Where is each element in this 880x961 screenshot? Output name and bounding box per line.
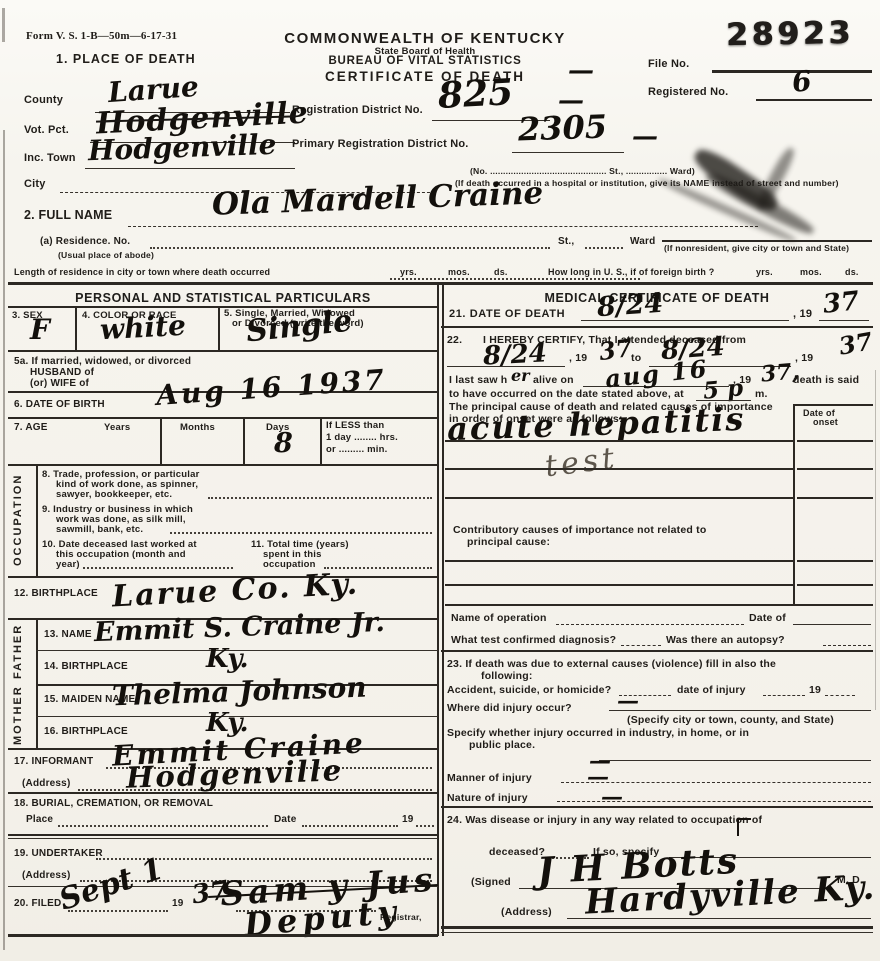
residence-ward-label: Ward <box>630 236 655 248</box>
last-saw-text-2: alive on <box>533 374 574 386</box>
name13-value: Emmit S. Craine Jr. <box>94 609 386 646</box>
primary-district-label: Primary Registration District No. <box>292 138 469 151</box>
burial-year-label: 19 <box>402 814 414 826</box>
inc-town-value: Hodgenville <box>88 131 277 166</box>
residence-ward-line <box>585 247 623 249</box>
rule-line <box>243 417 245 464</box>
age-label: 7. AGE <box>14 422 48 434</box>
informant-label: 17. INFORMANT <box>14 756 93 768</box>
sec8-dotted <box>208 497 432 499</box>
age-less-2: 1 day ........ hrs. <box>326 432 398 443</box>
burial-date-label: Date <box>274 814 296 826</box>
cause-line-3 <box>445 497 793 499</box>
right-column-bottom-rule-2 <box>441 932 873 933</box>
onset-box-top <box>793 404 873 406</box>
city-label: City <box>24 178 46 191</box>
registration-district-label: Registration District No. <box>292 104 423 117</box>
personal-section-header: PERSONAL AND STATISTICAL PARTICULARS <box>8 291 438 305</box>
occupation-side-label: OCCUPATION <box>12 468 24 572</box>
cause-line-2 <box>445 468 793 470</box>
sec23-text-2: following: <box>481 670 533 682</box>
onset-line-1 <box>797 440 873 442</box>
date-of-death-19: , 19 <box>793 308 812 321</box>
registered-no-line <box>756 99 872 101</box>
operation-date-label: Date of <box>749 612 786 624</box>
public-place-line <box>599 760 871 761</box>
stray-pen-mark <box>737 818 751 836</box>
columns-top-rule <box>8 282 873 285</box>
age-less-3: or ......... min. <box>326 444 387 455</box>
age-less-1: If LESS than <box>326 420 384 431</box>
occurred-text: to have occurred on the date stated abov… <box>449 388 684 400</box>
abode-note: (Usual place of abode) <box>58 250 154 260</box>
burial-place-dotted <box>58 825 268 827</box>
primary-district-line <box>512 152 624 153</box>
contributory-text-2: principal cause: <box>467 536 550 548</box>
undertaker-address-label: (Address) <box>22 870 70 882</box>
rule-line <box>441 806 873 808</box>
injury-date-label: date of injury <box>677 684 746 696</box>
scan-edge-left <box>3 130 5 950</box>
injury-19-line <box>825 695 855 696</box>
rule-line <box>441 326 873 328</box>
nonresident-rule <box>662 240 872 242</box>
birthplace14-value: Ky. <box>206 646 249 672</box>
autopsy-line <box>823 645 871 646</box>
certificate-number-stamp: 28923 <box>726 15 854 53</box>
where-injury-line <box>609 710 871 711</box>
us-mos: mos. <box>800 267 822 278</box>
last-saw-text-3: death is said <box>793 374 859 386</box>
physician-address-label: (Address) <box>501 906 552 918</box>
cause-scribble: test <box>543 444 619 483</box>
sec5a-wife: (or) WIFE of <box>30 378 89 390</box>
rule-line <box>320 417 322 464</box>
cause-of-death-value: acute hepatitis <box>447 403 746 445</box>
sec10-line3: year) <box>56 559 80 570</box>
race-value: white <box>99 312 186 344</box>
length-dotted-line <box>390 278 640 280</box>
birthplace12-label: 12. BIRTHPLACE <box>14 588 98 600</box>
age-months-header: Months <box>180 422 215 433</box>
sex-value: F <box>30 316 50 344</box>
onset-line-4 <box>797 560 873 562</box>
signed-label: (Signed <box>471 876 511 888</box>
date-of-death-value: 8/24 <box>596 290 664 322</box>
rule-line <box>218 306 220 350</box>
informant-address-value: Hodgenville <box>126 756 344 793</box>
length-ds: ds. <box>494 267 508 278</box>
us-ds: ds. <box>845 267 859 278</box>
left-column-bottom-rule <box>8 934 438 937</box>
rule-line <box>8 417 438 419</box>
contrib-line-1 <box>445 560 793 562</box>
certify-year-a: 37 <box>597 336 633 364</box>
dob-value: Aug 16 1937 <box>155 366 387 410</box>
accident-question: Accident, suicide, or homicide? <box>447 684 611 696</box>
sec9-dotted <box>170 532 432 534</box>
contrib-line-3 <box>445 604 873 606</box>
sec10-dotted <box>83 567 233 569</box>
rule-line <box>36 464 38 576</box>
date-of-death-label: 21. DATE OF DEATH <box>449 308 565 321</box>
age-days-value: 8 <box>274 430 293 457</box>
cause-line-1 <box>445 440 793 442</box>
autopsy-question: Was there an autopsy? <box>666 634 785 646</box>
city-note-1: (No. ...................................… <box>470 166 870 176</box>
where-injury-question: Where did injury occur? <box>447 702 572 714</box>
date-of-death-year-line <box>819 320 869 321</box>
length-residence-label: Length of residence in city or town wher… <box>14 267 270 278</box>
manner-injury-line <box>561 782 871 783</box>
onset-line-2 <box>797 468 873 470</box>
specify-industry-text: Specify whether injury occurred in indus… <box>447 727 749 739</box>
birthplace16-label: 16. BIRTHPLACE <box>44 726 128 738</box>
scan-edge-right <box>875 370 876 710</box>
handwritten-dash-7: — <box>601 786 623 808</box>
rule-line <box>8 838 438 839</box>
inc-town-label: Inc. Town <box>24 152 76 165</box>
handwritten-dash-1: — <box>568 58 594 84</box>
sec24-text: 24. Was disease or injury in any way rel… <box>447 814 762 826</box>
inc-town-line <box>85 168 295 169</box>
rule-line <box>8 464 438 466</box>
filed-date-value: Sept 1 <box>56 854 167 916</box>
scan-mark-topleft <box>2 8 5 42</box>
certify-number: 22. <box>447 334 462 346</box>
bureau-heading: BUREAU OF VITAL STATISTICS <box>255 55 595 69</box>
certificate-heading: CERTIFICATE OF DEATH <box>255 69 595 85</box>
rule-line <box>160 417 162 464</box>
file-no-label: File No. <box>648 58 689 71</box>
us-length-label: How long in U. S., if of foreign birth ? <box>548 267 714 278</box>
vot-pct-label: Vot. Pct. <box>24 124 69 137</box>
sec9-line3: sawmill, bank, etc. <box>56 524 143 535</box>
burial-label: 18. BURIAL, CREMATION, OR REMOVAL <box>14 798 213 810</box>
contrib-line-2 <box>445 584 793 586</box>
injury-date-line <box>763 695 805 696</box>
specify-city-note: (Specify city or town, county, and State… <box>627 714 834 726</box>
operation-label: Name of operation <box>451 612 547 624</box>
full-name-label: 2. FULL NAME <box>24 208 112 223</box>
registered-no-label: Registered No. <box>648 86 728 99</box>
sec23-text-1: 23. If death was due to external causes … <box>447 658 776 670</box>
contributory-text-1: Contributory causes of importance not re… <box>453 524 706 536</box>
residence-line <box>150 247 550 249</box>
registered-no-value: 6 <box>791 67 813 97</box>
rule-line <box>441 650 873 652</box>
nonresident-note: (If nonresident, give city or town and S… <box>664 243 849 253</box>
place-of-death-heading: 1. PLACE OF DEATH <box>56 52 196 67</box>
burial-date-dotted <box>302 825 398 827</box>
time-m-label: m. <box>755 388 768 400</box>
death-time-value: 5 p <box>702 376 744 402</box>
maiden15-value: Thelma Johnson <box>112 674 367 711</box>
burial-year-dotted <box>416 825 434 827</box>
age-years-header: Years <box>104 422 130 433</box>
rule-line <box>36 618 38 748</box>
death-certificate-document: Form V. S. 1-B—50m—6-17-31 1. PLACE OF D… <box>0 0 880 961</box>
county-label: County <box>24 94 63 107</box>
rule-line <box>8 792 438 794</box>
test-question: What test confirmed diagnosis? <box>451 634 616 646</box>
medical-certificate-section: MEDICAL CERTIFICATE OF DEATH 21. DATE OF… <box>441 286 873 936</box>
undertaker-label: 19. UNDERTAKER <box>14 848 103 860</box>
personal-particulars-section: PERSONAL AND STATISTICAL PARTICULARS 3. … <box>8 286 438 936</box>
operation-line <box>556 624 744 625</box>
registration-district-value: 825 <box>437 74 514 114</box>
right-column-bottom-rule-1 <box>441 926 873 929</box>
marital-value: Single <box>245 307 354 348</box>
filed-label: 20. FILED <box>14 898 61 910</box>
last-saw-pronoun: er <box>511 368 530 384</box>
us-yrs: yrs. <box>756 267 773 278</box>
nature-injury-line <box>557 801 871 802</box>
certify-year-b: 37 <box>837 329 874 358</box>
public-place-text: public place. <box>469 739 535 751</box>
handwritten-dash-3: — <box>632 124 658 150</box>
full-name-line <box>128 226 758 227</box>
onset-label-2: onset <box>813 417 838 428</box>
dob-label: 6. DATE OF BIRTH <box>14 399 105 411</box>
last-saw-text-1: I last saw h <box>449 374 507 386</box>
rule-line <box>75 306 77 350</box>
name13-label: 13. NAME <box>44 629 92 641</box>
filed-dotted-1 <box>68 910 168 912</box>
rule-line <box>8 834 438 836</box>
residence-st-label: St., <box>558 236 574 248</box>
filed-19-label: 19 <box>172 898 184 910</box>
primary-district-value: 2305 <box>517 110 607 145</box>
rule-line <box>8 350 438 352</box>
mother-side-label: MOTHER <box>12 684 24 746</box>
handwritten-dash-4: — <box>617 690 639 712</box>
certify-19-a: , 19 <box>569 352 587 364</box>
burial-place-label: Place <box>26 814 53 826</box>
test-line <box>621 645 661 646</box>
birthplace14-label: 14. BIRTHPLACE <box>44 661 128 673</box>
onset-line-5 <box>797 584 873 586</box>
father-side-label: FATHER <box>12 620 24 682</box>
form-number: Form V. S. 1-B—50m—6-17-31 <box>26 30 177 43</box>
length-yrs: yrs. <box>400 267 417 278</box>
manner-injury-label: Manner of injury <box>447 772 532 784</box>
onset-box-line <box>793 404 795 604</box>
onset-line-3 <box>797 497 873 499</box>
full-name-value: Ola Mardell Craine <box>212 178 544 221</box>
sec8-line3: sawyer, bookkeeper, etc. <box>56 489 172 500</box>
date-of-death-year: 37 <box>822 288 861 318</box>
length-mos: mos. <box>448 267 470 278</box>
informant-address-label: (Address) <box>22 778 70 790</box>
injury-19-label: 19 <box>809 684 821 696</box>
residence-label: (a) Residence. No. <box>40 236 130 248</box>
rule-line <box>8 306 438 308</box>
nature-injury-label: Nature of injury <box>447 792 528 804</box>
operation-date-line <box>793 624 871 625</box>
